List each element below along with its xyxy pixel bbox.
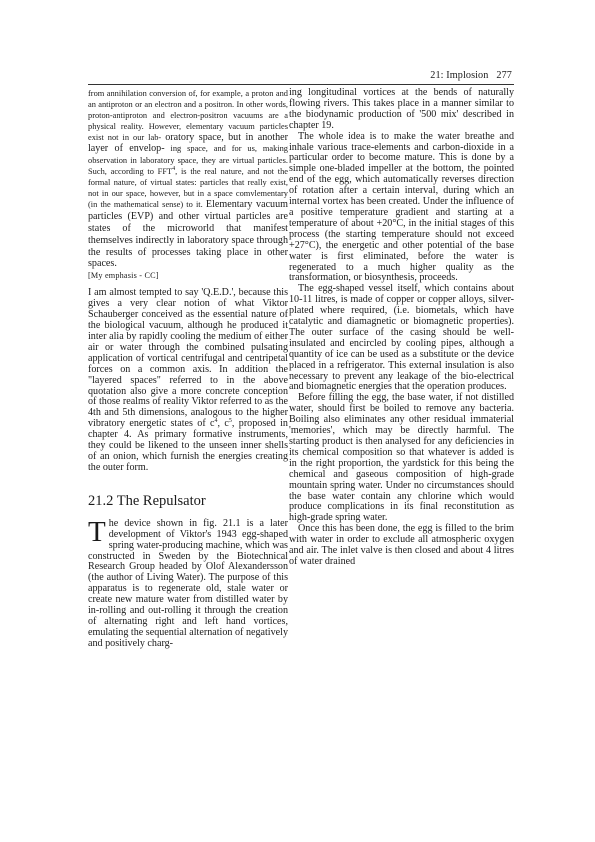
paragraph-text: , c — [218, 418, 229, 429]
quote-block: from annihilation conversion of, for exa… — [88, 88, 288, 270]
running-header: 21: Implosion 277 — [88, 70, 514, 85]
left-column: from annihilation conversion of, for exa… — [88, 88, 288, 650]
right-column: ing longitudinal vortices at the bends o… — [289, 88, 514, 568]
body-paragraph-1: I am almost tempted to say 'Q.E.D.', bec… — [88, 288, 288, 473]
body-paragraph-5: Before filling the egg, the base water, … — [289, 393, 514, 524]
page-number: 277 — [496, 70, 512, 81]
body-paragraph-4: The egg-shaped vessel itself, which cont… — [289, 284, 514, 393]
body-paragraph-2: The device shown in fig. 21.1 is a later… — [88, 519, 288, 650]
drop-cap: T — [88, 521, 106, 543]
quote-line-5: Elementary vacuum particles (EVP) and ot… — [88, 199, 288, 270]
emphasis-note: [My emphasis - CC] — [88, 270, 288, 281]
body-paragraph-continued: ing longitudinal vortices at the bends o… — [289, 88, 514, 132]
body-paragraph-6: Once this has been done, the egg is fill… — [289, 524, 514, 568]
paragraph-text: I am almost tempted to say 'Q.E.D.', bec… — [88, 287, 288, 429]
section-heading: 21.2 The Repulsator — [88, 493, 288, 509]
paragraph-text: he device shown in fig. 21.1 is a later … — [88, 518, 288, 649]
header-text: 21: Implosion 277 — [430, 70, 512, 81]
body-paragraph-3: The whole idea is to make the water brea… — [289, 132, 514, 285]
running-title: 21: Implosion — [430, 70, 488, 81]
